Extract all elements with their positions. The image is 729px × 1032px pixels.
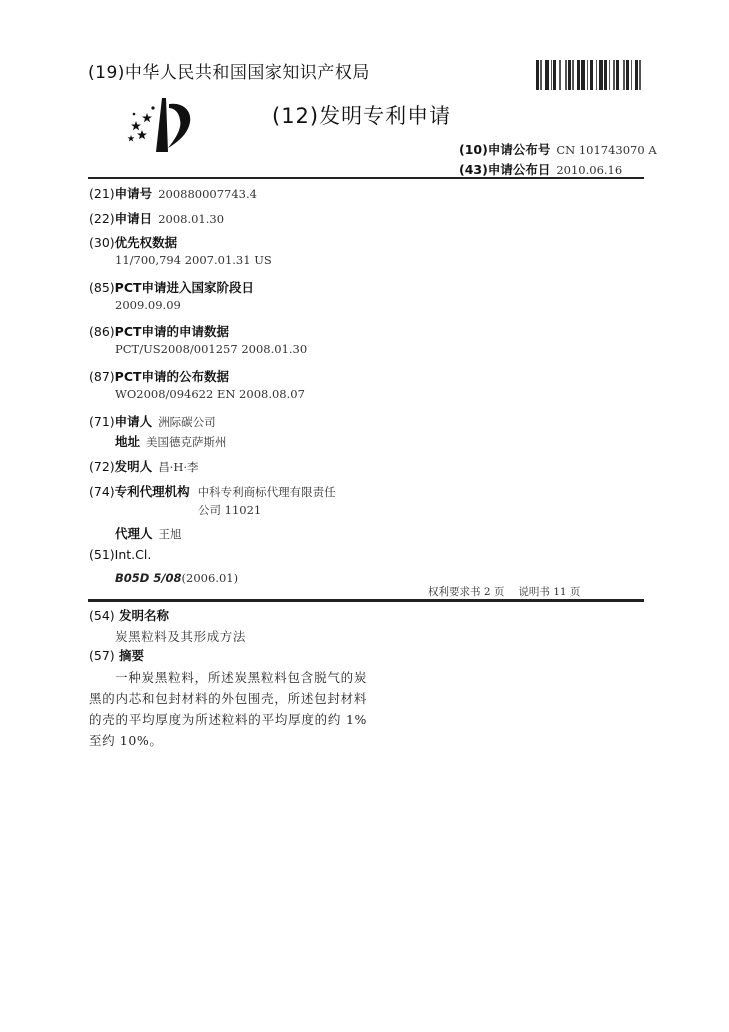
inventor-field: (72)发明人昌·H·李 <box>89 457 199 475</box>
pct-publication-field: (87)PCT申请的公布数据 <box>89 367 229 385</box>
pct-application-value: PCT/US2008/001257 2008.01.30 <box>115 342 307 356</box>
publication-number-label: (10)申请公布号 <box>459 142 550 157</box>
pct-application-field: (86)PCT申请的申请数据 <box>89 322 229 340</box>
field-code: (87) <box>89 369 115 384</box>
field-label: PCT申请的申请数据 <box>115 324 229 339</box>
filing-date-value: 2008.01.30 <box>158 212 224 226</box>
application-number-field: (21)申请号200880007743.4 <box>89 184 257 202</box>
field-code: (54) <box>89 608 115 623</box>
field-label: 发明名称 <box>119 608 169 623</box>
field-label: 优先权数据 <box>115 235 178 250</box>
field-code: (57) <box>89 648 115 663</box>
agent-label: 代理人 <box>115 526 153 541</box>
priority-field: (30)优先权数据 <box>89 233 177 251</box>
field-code: (30) <box>89 235 115 250</box>
issuing-office: (19)中华人民共和国国家知识产权局 <box>88 58 370 83</box>
section-divider <box>88 599 644 602</box>
agency-field: (74)专利代理机构中科专利商标代理有限责任 <box>89 482 336 500</box>
header-divider <box>88 177 644 179</box>
applicant-field: (71)申请人洲际碳公司 <box>89 412 216 430</box>
field-label: 专利代理机构 <box>115 484 190 499</box>
priority-value: 11/700,794 2007.01.31 US <box>115 253 272 267</box>
agent-field: 代理人王旭 <box>115 524 182 542</box>
invention-title: 炭黑粒料及其形成方法 <box>115 627 246 645</box>
claims-pages: 权利要求书 2 页 <box>428 586 504 598</box>
field-code: (51) <box>89 547 115 562</box>
field-label: 申请号 <box>115 186 153 201</box>
page-counts: 权利要求书 2 页说明书 11 页 <box>428 584 580 599</box>
address-value: 美国德克萨斯州 <box>146 435 227 449</box>
agency-value-line1: 中科专利商标代理有限责任 <box>198 485 336 499</box>
abstract-text: 一种炭黑粒料，所述炭黑粒料包含脱气的炭黑的内芯和包封材料的外包围壳，所述包封材料… <box>89 667 367 751</box>
publication-number-line: (10)申请公布号CN 101743070 A <box>459 140 657 158</box>
field-code: (22) <box>89 211 115 226</box>
filing-date-field: (22)申请日2008.01.30 <box>89 209 224 227</box>
publication-date-line: (43)申请公布日2010.06.16 <box>459 160 622 178</box>
cnipa-logo-icon <box>122 94 194 154</box>
address-label: 地址 <box>115 434 140 449</box>
field-code: (86) <box>89 324 115 339</box>
field-label: 申请日 <box>115 211 153 226</box>
field-label: PCT申请进入国家阶段日 <box>115 280 254 295</box>
field-label: PCT申请的公布数据 <box>115 369 229 384</box>
field-label: 申请人 <box>115 414 153 429</box>
invention-title-field: (54) 发明名称 <box>89 606 169 624</box>
inventor-value: 昌·H·李 <box>158 460 198 474</box>
description-pages: 说明书 11 页 <box>518 586 580 598</box>
field-label: 发明人 <box>115 459 153 474</box>
field-code: (21) <box>89 186 115 201</box>
pct-national-phase-field: (85)PCT申请进入国家阶段日 <box>89 278 254 296</box>
ipc-class: B05D 5/08 <box>115 571 182 585</box>
applicant-value: 洲际碳公司 <box>158 415 216 429</box>
field-code: (71) <box>89 414 115 429</box>
publication-date-label: (43)申请公布日 <box>459 162 550 177</box>
agent-value: 王旭 <box>159 527 182 541</box>
agency-value-line2: 公司 11021 <box>198 502 261 518</box>
ipc-version: (2006.01) <box>182 571 239 585</box>
field-label: Int.Cl. <box>115 547 152 562</box>
ipc-value: B05D 5/08(2006.01) <box>115 567 238 586</box>
application-number-value: 200880007743.4 <box>158 187 257 201</box>
field-label: 摘要 <box>119 648 144 663</box>
publication-number: CN 101743070 A <box>556 143 656 157</box>
pct-national-phase-value: 2009.09.09 <box>115 298 181 312</box>
publication-date: 2010.06.16 <box>556 163 622 177</box>
document-type-title: (12)发明专利申请 <box>272 100 451 130</box>
pct-publication-value: WO2008/094622 EN 2008.08.07 <box>115 387 305 401</box>
field-code: (85) <box>89 280 115 295</box>
abstract-field: (57) 摘要 <box>89 646 144 664</box>
barcode-icon <box>536 60 644 90</box>
applicant-address-field: 地址美国德克萨斯州 <box>115 432 227 450</box>
field-code: (74) <box>89 484 115 499</box>
field-code: (72) <box>89 459 115 474</box>
ipc-field: (51)Int.Cl. <box>89 547 151 562</box>
